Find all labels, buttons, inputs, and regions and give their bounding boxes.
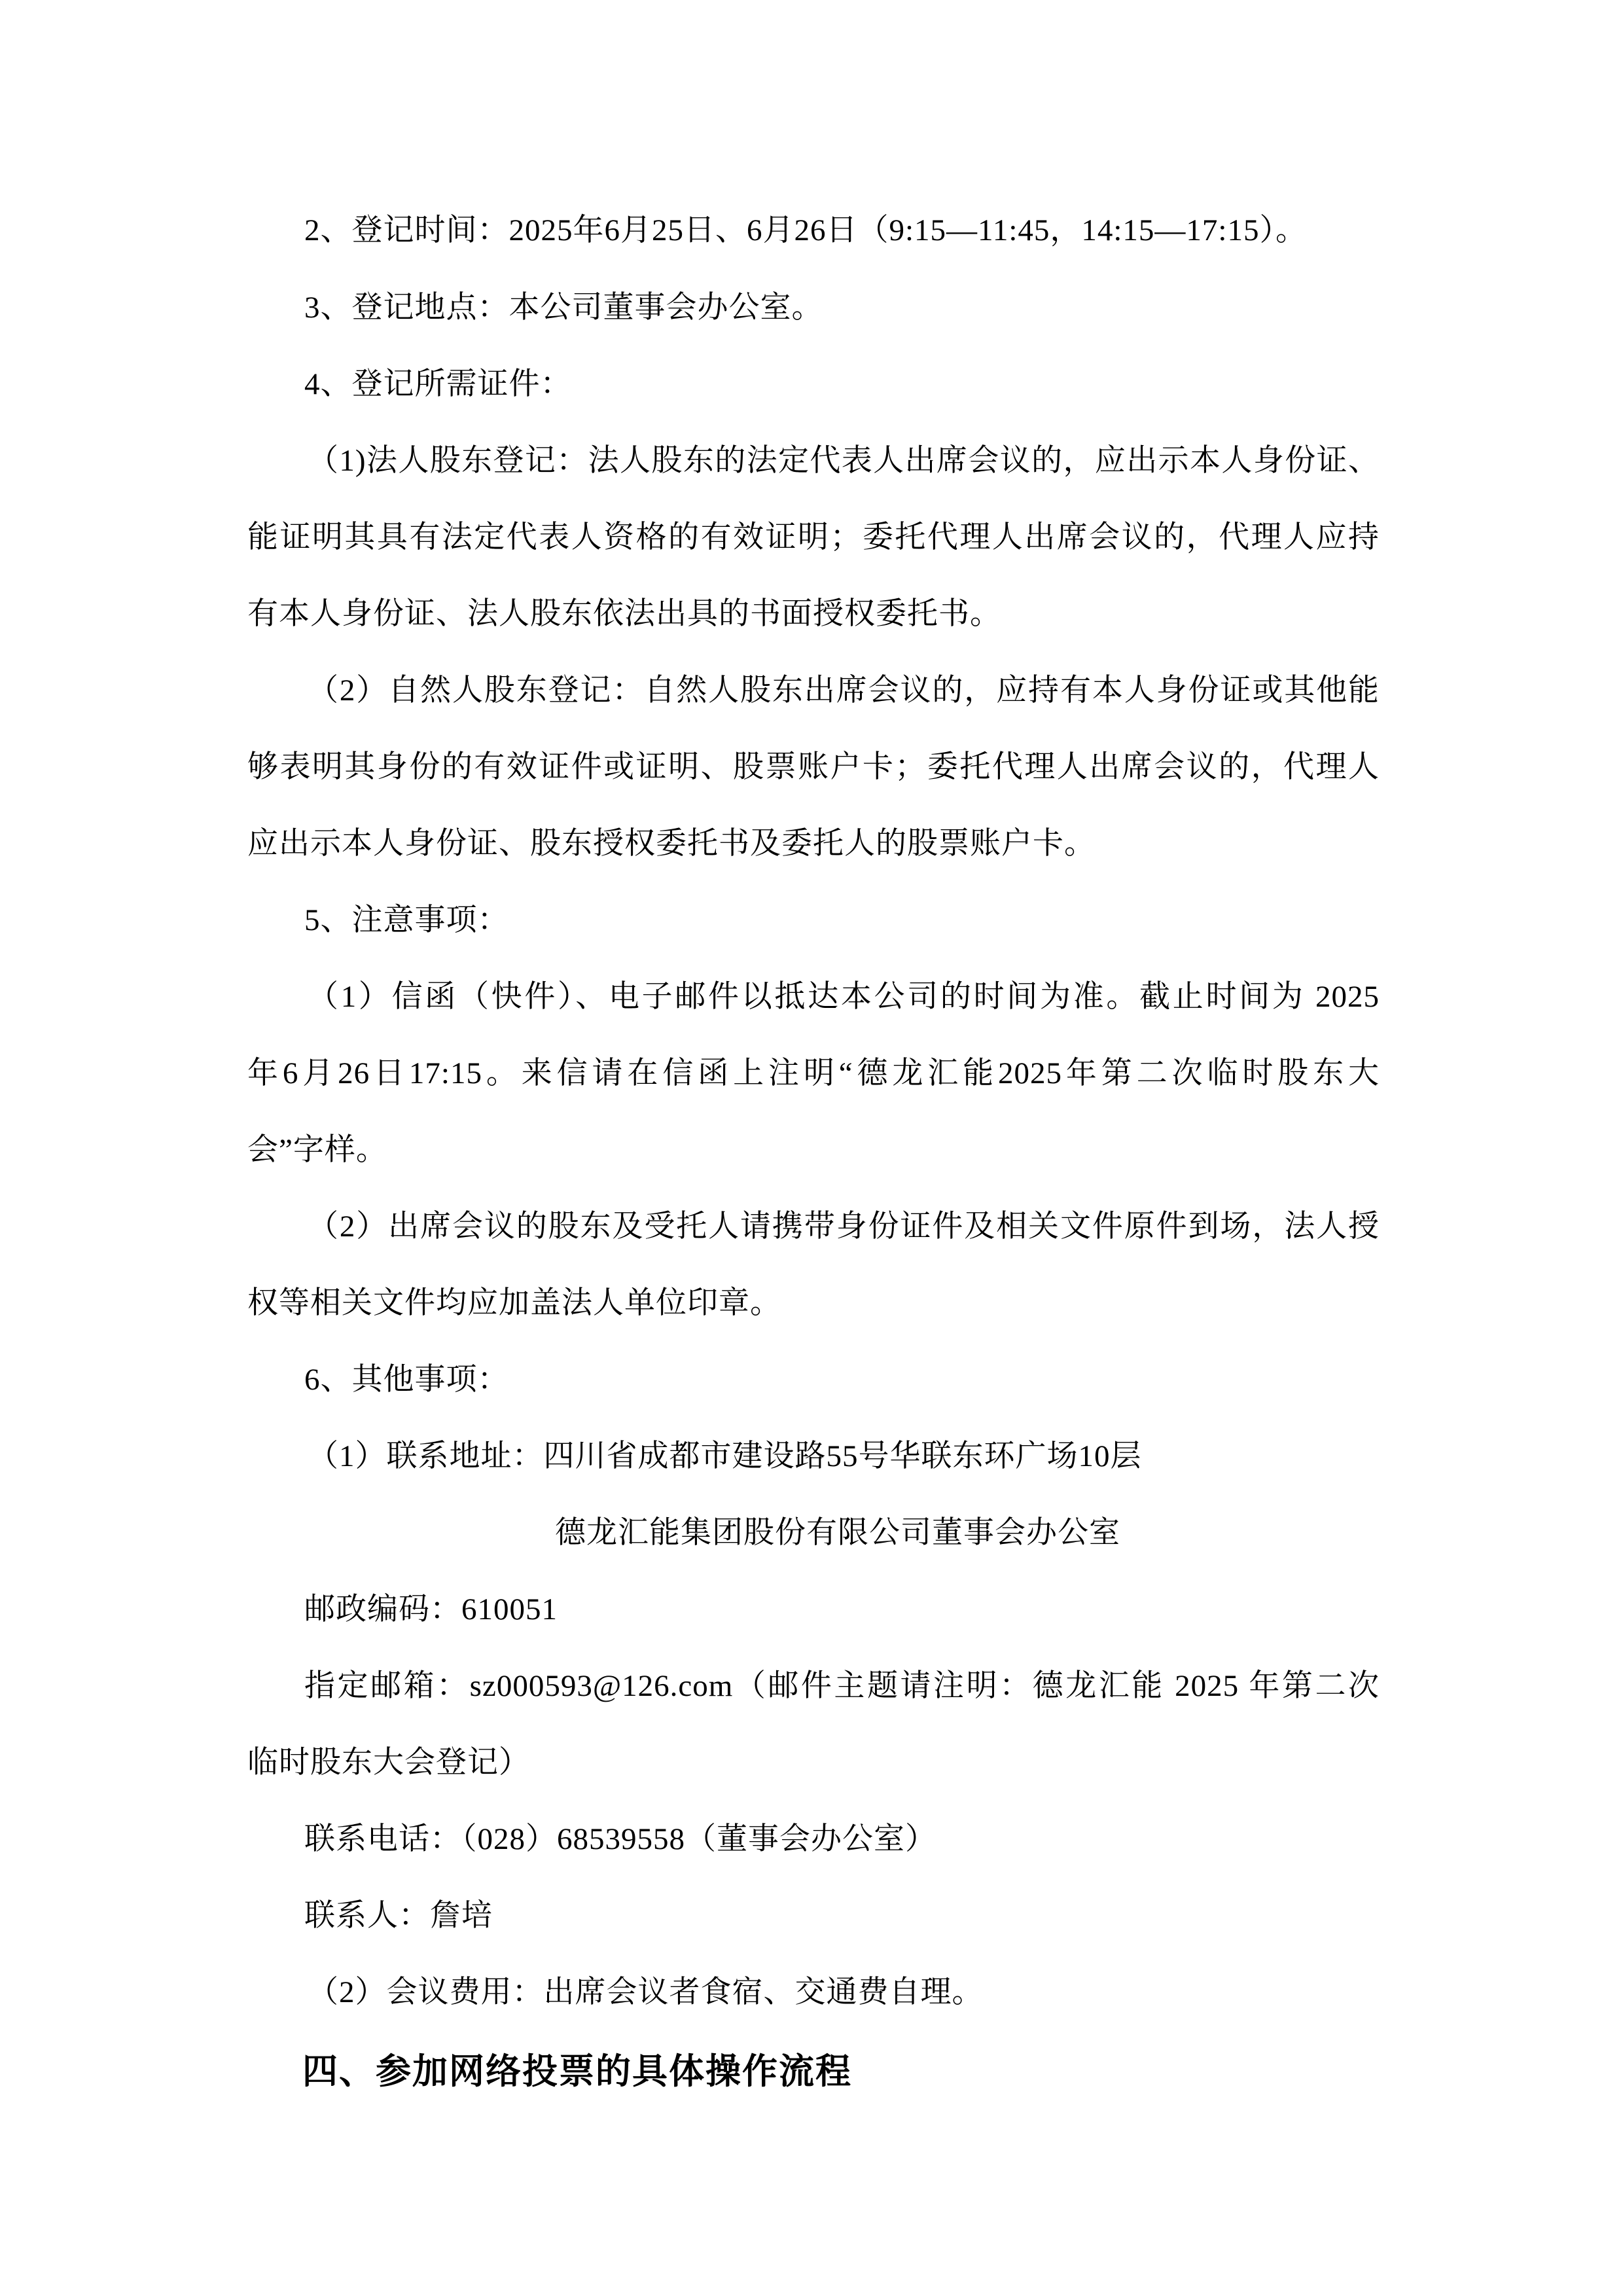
other-matters-title: 6、其他事项：: [304, 1360, 1380, 1399]
note-1-line-3: 会”字样。: [247, 1130, 1380, 1170]
note-1-line-2: 年6月26日17:15。来信请在信函上注明“德龙汇能2025年第二次临时股东大: [247, 1054, 1380, 1093]
contact-person: 联系人：詹培: [304, 1896, 1380, 1935]
natural-person-line-1: （2）自然人股东登记：自然人股东出席会议的，应持有本人身份证或其他能: [308, 671, 1380, 710]
document-page: 2、登记时间：2025年6月25日、6月26日（9:15—11:45，14:15…: [0, 0, 1623, 2296]
natural-person-line-2: 够表明其身份的有效证件或证明、股票账户卡；委托代理人出席会议的，代理人: [247, 747, 1380, 787]
section-heading: 四、参加网络投票的具体操作流程: [302, 2049, 852, 2094]
note-2-line-1: （2）出席会议的股东及受托人请携带身份证件及相关文件原件到场，法人授: [308, 1207, 1380, 1246]
contact-address: （1）联系地址：四川省成都市建设路55号华联东环广场10层: [308, 1437, 1380, 1476]
legal-person-line-2: 能证明其具有法定代表人资格的有效证明；委托代理人出席会议的，代理人应持: [247, 518, 1380, 557]
note-1-line-1: （1）信函（快件）、电子邮件以抵达本公司的时间为准。截止时间为 2025: [308, 977, 1380, 1016]
contact-phone: 联系电话：（028）68539558（董事会办公室）: [304, 1820, 1380, 1859]
notes-title: 5、注意事项：: [304, 901, 1380, 940]
registration-time: 2、登记时间：2025年6月25日、6月26日（9:15—11:45，14:15…: [304, 211, 1380, 250]
contact-company: 德龙汇能集团股份有限公司董事会办公室: [555, 1513, 1120, 1552]
email-line-2: 临时股东大会登记）: [247, 1743, 1380, 1782]
registration-documents-title: 4、登记所需证件：: [304, 365, 1380, 404]
legal-person-line-3: 有本人身份证、法人股东依法出具的书面授权委托书。: [247, 594, 1380, 634]
note-2-line-2: 权等相关文件均应加盖法人单位印章。: [247, 1283, 1380, 1323]
registration-place: 3、登记地点：本公司董事会办公室。: [304, 288, 1380, 327]
email-line-1: 指定邮箱：sz000593@126.com（邮件主题请注明：德龙汇能 2025 …: [304, 1666, 1380, 1706]
meeting-fee: （2）会议费用：出席会议者食宿、交通费自理。: [308, 1973, 1380, 2012]
natural-person-line-3: 应出示本人身份证、股东授权委托书及委托人的股票账户卡。: [247, 824, 1380, 863]
postcode: 邮政编码：610051: [304, 1590, 1380, 1629]
legal-person-line-1: （1)法人股东登记：法人股东的法定代表人出席会议的，应出示本人身份证、: [308, 441, 1380, 480]
